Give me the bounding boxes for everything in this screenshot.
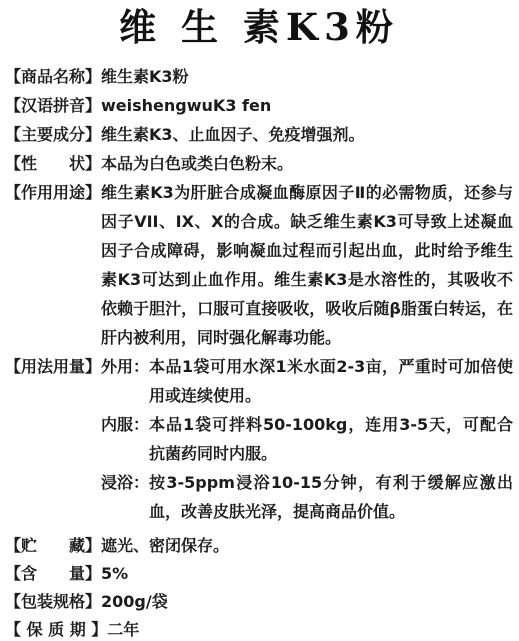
field-value-pinyin: weishengwuK3 fen	[101, 91, 513, 120]
usage-item-text-oral: 本品1袋可拌料50-100kg，连用3-5天，可配合抗菌药同时内服。	[149, 410, 513, 468]
field-value-package-spec: 200g/袋	[101, 588, 513, 616]
field-row-character: 【性 状】 本品为白色或类白色粉末。	[5, 149, 513, 178]
usage-item-text-external: 本品1袋可用水深1米水面2-3亩，严重时可加倍使用或连续使用。	[149, 352, 513, 410]
field-value-shelf-life: 二年	[107, 616, 513, 641]
usage-item-name-external: 外用：	[101, 352, 149, 381]
field-label-storage: 【贮 藏】	[5, 532, 101, 560]
field-row-content-percent: 【含 量】 5%	[5, 560, 513, 588]
bottom-rows: 【贮 藏】 遮光、密闭保存。 【含 量】 5% 【包装规格】 200g/袋 【 …	[5, 532, 513, 641]
field-row-storage: 【贮 藏】 遮光、密闭保存。	[5, 532, 513, 560]
usage-item-text-bath: 按3-5ppm浸浴10-15分钟，有利于缓解应激出血，改善皮肤光泽，提高商品价值…	[149, 468, 513, 526]
usage-item-name-oral: 内服：	[101, 410, 149, 439]
usage-item-bath: 浸浴： 按3-5ppm浸浴10-15分钟，有利于缓解应激出血，改善皮肤光泽，提高…	[101, 468, 513, 526]
product-info-document: 维 生 素K3粉 【商品名称】 维生素K3粉 【汉语拼音】 weishengwu…	[0, 0, 519, 641]
field-value-function: 维生素K3为肝脏合成凝血酶原因子Ⅱ的必需物质，还参与因子VII、IX、X的合成。…	[101, 178, 513, 352]
usage-item-external: 外用： 本品1袋可用水深1米水面2-3亩，严重时可加倍使用或连续使用。	[101, 352, 513, 410]
field-value-content-percent: 5%	[101, 560, 513, 588]
field-value-storage: 遮光、密闭保存。	[101, 532, 513, 560]
usage-item-oral: 内服： 本品1袋可拌料50-100kg，连用3-5天，可配合抗菌药同时内服。	[101, 410, 513, 468]
field-label-character: 【性 状】	[5, 149, 101, 178]
field-label-content-percent: 【含 量】	[5, 560, 101, 588]
field-label-usage: 【用法用量】	[5, 352, 101, 381]
page-title: 维 生 素K3粉	[5, 2, 513, 52]
field-label-function: 【作用用途】	[5, 178, 101, 207]
field-value-character: 本品为白色或类白色粉末。	[101, 149, 513, 178]
field-row-shelf-life: 【 保 质 期 】 二年	[5, 616, 513, 641]
field-label-package-spec: 【包装规格】	[5, 588, 101, 616]
field-label-pinyin: 【汉语拼音】	[5, 91, 101, 120]
field-label-shelf-life: 【 保 质 期 】	[5, 616, 107, 641]
field-row-usage: 【用法用量】 外用： 本品1袋可用水深1米水面2-3亩，严重时可加倍使用或连续使…	[5, 352, 513, 526]
usage-items: 外用： 本品1袋可用水深1米水面2-3亩，严重时可加倍使用或连续使用。 内服： …	[101, 352, 513, 526]
field-label-ingredients: 【主要成分】	[5, 120, 101, 149]
field-row-package-spec: 【包装规格】 200g/袋	[5, 588, 513, 616]
field-row-function: 【作用用途】 维生素K3为肝脏合成凝血酶原因子Ⅱ的必需物质，还参与因子VII、I…	[5, 178, 513, 352]
field-row-product-name: 【商品名称】 维生素K3粉	[5, 62, 513, 91]
field-row-pinyin: 【汉语拼音】 weishengwuK3 fen	[5, 91, 513, 120]
field-label-product-name: 【商品名称】	[5, 62, 101, 91]
field-row-ingredients: 【主要成分】 维生素K3、止血因子、免疫增强剂。	[5, 120, 513, 149]
field-value-product-name: 维生素K3粉	[101, 62, 513, 91]
field-value-ingredients: 维生素K3、止血因子、免疫增强剂。	[101, 120, 513, 149]
usage-item-name-bath: 浸浴：	[101, 468, 149, 497]
